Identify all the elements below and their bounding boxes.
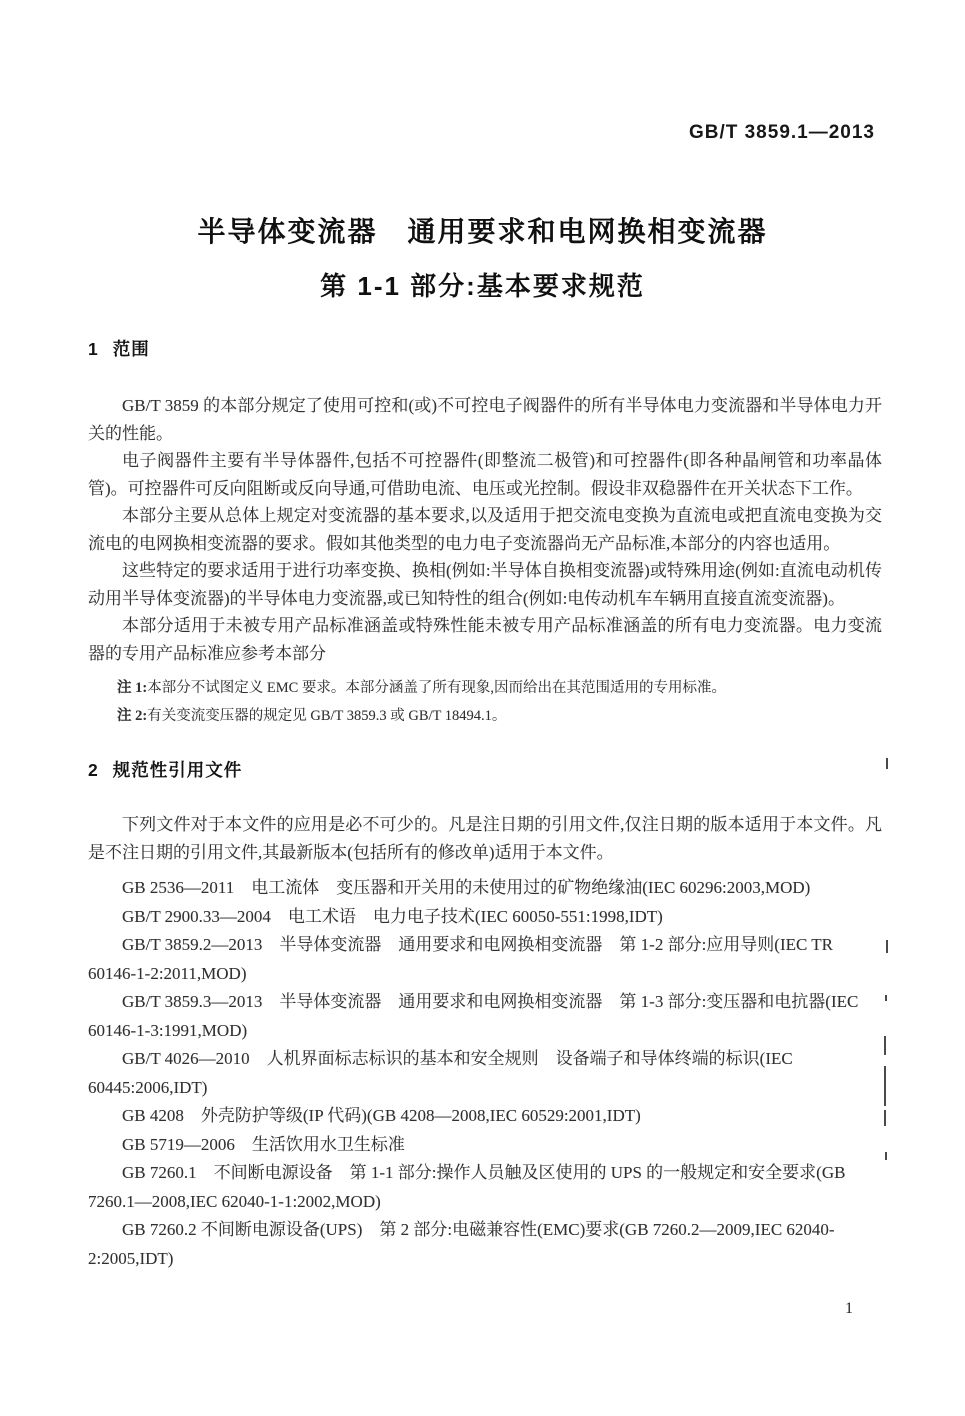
references-intro-block: 下列文件对于本文件的应用是必不可少的。凡是注日期的引用文件,仅注日期的版本适用于… — [88, 811, 882, 866]
reference-item: GB/T 3859.3—2013 半导体变流器 通用要求和电网换相变流器 第 1… — [88, 988, 882, 1045]
reference-item: GB 7260.1 不间断电源设备 第 1-1 部分:操作人员触及区使用的 UP… — [88, 1159, 882, 1216]
section-2-heading: 2规范性引用文件 — [88, 757, 882, 782]
scan-artifact — [885, 1152, 887, 1160]
note-2-label: 注 2: — [117, 708, 147, 724]
reference-item: GB 7260.2 不间断电源设备(UPS) 第 2 部分:电磁兼容性(EMC)… — [88, 1216, 882, 1273]
note-1-label: 注 1: — [117, 680, 147, 696]
scope-paragraph: 电子阀器件主要有半导体器件,包括不可控器件(即整流二极管)和可控器件(即各种晶闸… — [88, 447, 882, 502]
reference-item: GB/T 4026—2010 人机界面标志标识的基本和安全规则 设备端子和导体终… — [88, 1045, 882, 1102]
scope-notes: 注 1:本部分不试图定义 EMC 要求。本部分涵盖了所有现象,因而给出在其范围适… — [88, 674, 882, 730]
standard-number: GB/T 3859.1—2013 — [689, 122, 875, 144]
reference-item: GB/T 2900.33—2004 电工术语 电力电子技术(IEC 60050-… — [88, 903, 882, 932]
note-1-text: 本部分不试图定义 EMC 要求。本部分涵盖了所有现象,因而给出在其范围适用的专用… — [147, 680, 726, 696]
scope-paragraph: 这些特定的要求适用于进行功率变换、换相(例如:半导体自换相变流器)或特殊用途(例… — [88, 557, 882, 612]
reference-item: GB 5719—2006 生活饮用水卫生标准 — [88, 1131, 882, 1160]
references-intro: 下列文件对于本文件的应用是必不可少的。凡是注日期的引用文件,仅注日期的版本适用于… — [88, 811, 882, 866]
note-2: 注 2:有关变流变压器的规定见 GB/T 3859.3 或 GB/T 18494… — [88, 702, 882, 730]
page-number: 1 — [845, 1300, 853, 1318]
scan-artifact — [884, 1036, 886, 1055]
scope-paragraphs: GB/T 3859 的本部分规定了使用可控和(或)不可控电子阀器件的所有半导体电… — [88, 392, 882, 667]
note-2-text: 有关变流变压器的规定见 GB/T 3859.3 或 GB/T 18494.1。 — [147, 708, 506, 724]
scan-artifact — [884, 1066, 886, 1106]
note-1: 注 1:本部分不试图定义 EMC 要求。本部分涵盖了所有现象,因而给出在其范围适… — [88, 674, 882, 702]
reference-item: GB 4208 外壳防护等级(IP 代码)(GB 4208—2008,IEC 6… — [88, 1102, 882, 1131]
scan-artifact — [886, 940, 888, 953]
references-list: GB 2536—2011 电工流体 变压器和开关用的未使用过的矿物绝缘油(IEC… — [88, 874, 882, 1273]
scope-paragraph: GB/T 3859 的本部分规定了使用可控和(或)不可控电子阀器件的所有半导体电… — [88, 392, 882, 447]
scan-artifact — [884, 1110, 886, 1126]
scope-paragraph: 本部分主要从总体上规定对变流器的基本要求,以及适用于把交流电变换为直流电或把直流… — [88, 502, 882, 557]
section-1-heading: 1范围 — [88, 336, 882, 361]
document-page: GB/T 3859.1—2013 半导体变流器 通用要求和电网换相变流器 第 1… — [0, 0, 965, 1416]
scan-artifact — [886, 758, 888, 769]
section-1-title: 范围 — [113, 339, 150, 359]
section-2-title: 规范性引用文件 — [113, 760, 243, 780]
document-title-line1: 半导体变流器 通用要求和电网换相变流器 — [0, 210, 965, 250]
section-1-number: 1 — [88, 339, 99, 359]
reference-item: GB 2536—2011 电工流体 变压器和开关用的未使用过的矿物绝缘油(IEC… — [88, 874, 882, 903]
section-2-number: 2 — [88, 760, 99, 780]
page-content: 1范围 GB/T 3859 的本部分规定了使用可控和(或)不可控电子阀器件的所有… — [88, 336, 882, 1273]
document-title-line2: 第 1-1 部分:基本要求规范 — [0, 266, 965, 303]
reference-item: GB/T 3859.2—2013 半导体变流器 通用要求和电网换相变流器 第 1… — [88, 931, 882, 988]
scope-paragraph: 本部分适用于未被专用产品标准涵盖或特殊性能未被专用产品标准涵盖的所有电力变流器。… — [88, 612, 882, 667]
scan-artifact — [885, 995, 887, 1001]
document-title: 半导体变流器 通用要求和电网换相变流器 第 1-1 部分:基本要求规范 — [0, 210, 965, 303]
